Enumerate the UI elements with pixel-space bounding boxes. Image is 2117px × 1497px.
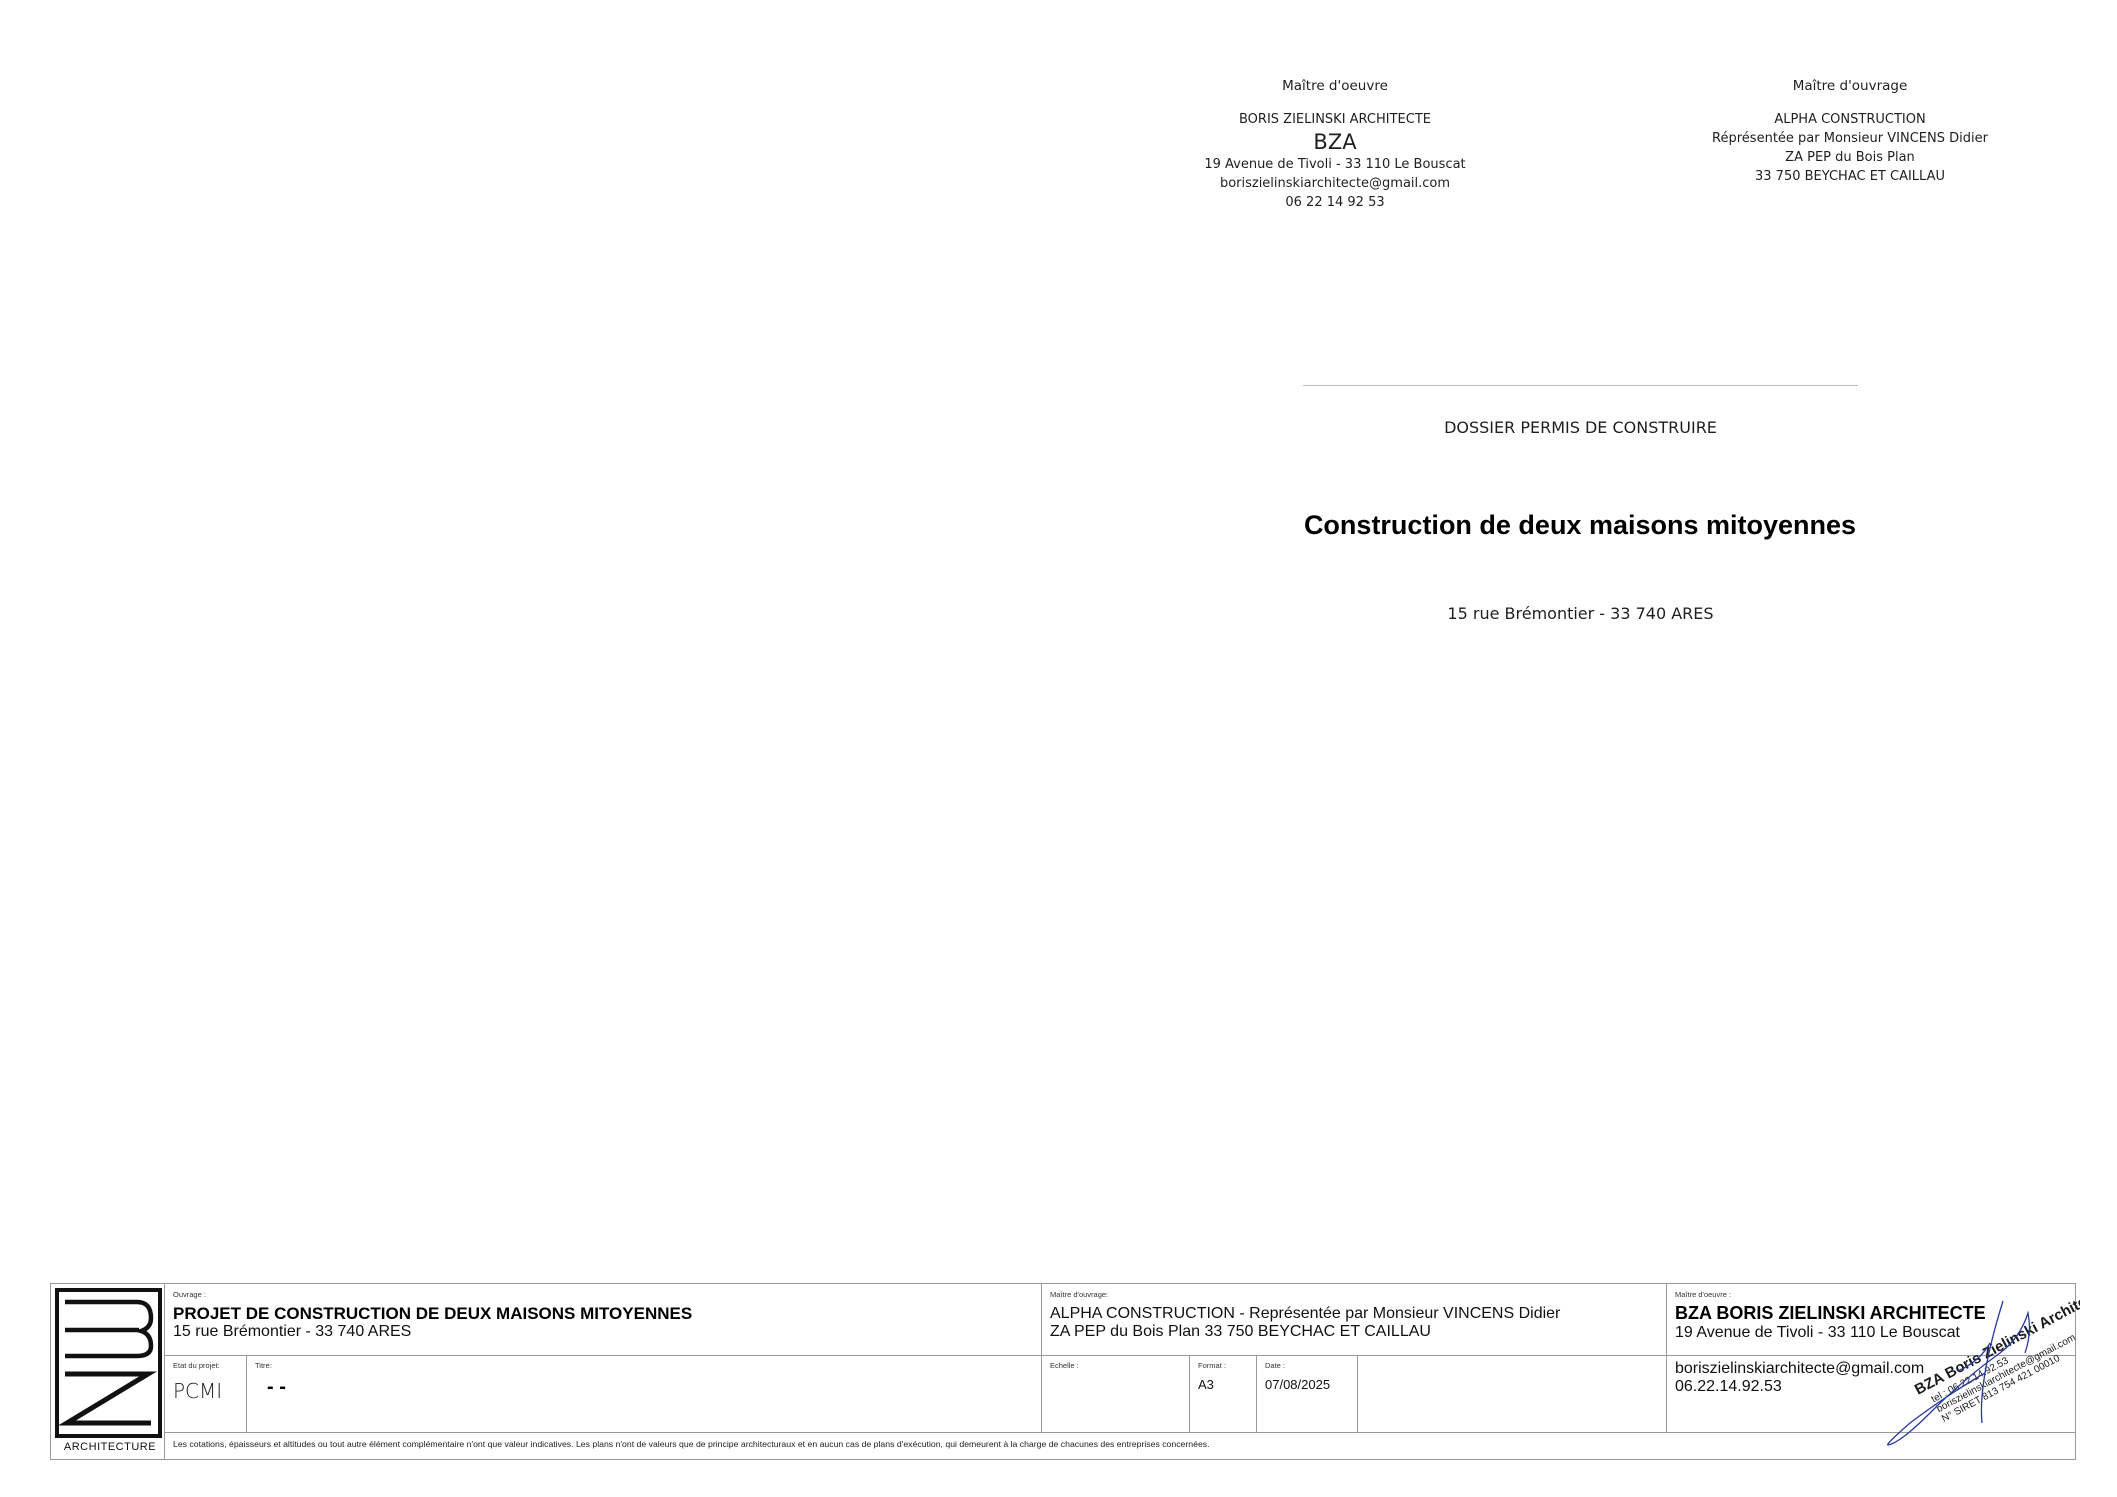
date-value: 07/08/2025 (1265, 1375, 1330, 1394)
maitre-ouvrage-block: Maître d'ouvrage ALPHA CONSTRUCTION Répr… (1680, 78, 2020, 186)
client-company: ALPHA CONSTRUCTION (1680, 110, 2020, 129)
maitre-oeuvre-cell-label: Maître d'oeuvre : (1675, 1290, 1731, 1299)
client-address-line2: 33 750 BEYCHAC ET CAILLAU (1680, 167, 2020, 186)
maitre-oeuvre-label: Maître d'oeuvre (1180, 78, 1490, 94)
architect-name: BORIS ZIELINSKI ARCHITECTE (1180, 110, 1490, 129)
title-block: ARCHITECTURE Ouvrage : PROJET DE CONSTRU… (50, 1283, 2076, 1460)
client-representative: Réprésentée par Monsieur VINCENS Didier (1680, 129, 2020, 148)
maitre-ouvrage-label: Maître d'ouvrage (1680, 78, 2020, 94)
maitre-ouvrage-line1: ALPHA CONSTRUCTION - Représentée par Mon… (1050, 1304, 1560, 1323)
maitre-oeuvre-block: Maître d'oeuvre BORIS ZIELINSKI ARCHITEC… (1180, 78, 1490, 212)
titre-value: - - (267, 1378, 286, 1397)
ouvrage-address: 15 rue Brémontier - 33 740 ARES (173, 1322, 411, 1341)
date-label: Date : (1265, 1361, 1285, 1370)
disclaimer: Les cotations, épaisseurs et altitudes o… (173, 1439, 1210, 1449)
ouvrage-label: Ouvrage : (173, 1290, 206, 1299)
header-divider (1303, 385, 1858, 386)
titre-label: Titre: (255, 1361, 272, 1370)
maitre-oeuvre-address: 19 Avenue de Tivoli - 33 110 Le Bouscat (1675, 1323, 1960, 1342)
ouvrage-title: PROJET DE CONSTRUCTION DE DEUX MAISONS M… (173, 1304, 692, 1323)
architect-email: boriszielinskiarchitecte@gmail.com (1180, 174, 1490, 193)
format-label: Format : (1198, 1361, 1226, 1370)
bz-logo-icon (55, 1288, 164, 1438)
dossier-type: DOSSIER PERMIS DE CONSTRUIRE (1303, 418, 1858, 437)
maitre-oeuvre-phone: 06.22.14.92.53 (1675, 1377, 1782, 1396)
project-title: Construction de deux maisons mitoyennes (1290, 510, 1870, 541)
logo-caption: ARCHITECTURE (53, 1441, 167, 1453)
echelle-label: Echelle : (1050, 1361, 1079, 1370)
maitre-oeuvre-name: BZA BORIS ZIELINSKI ARCHITECTE (1675, 1304, 1986, 1323)
maitre-oeuvre-email: boriszielinskiarchitecte@gmail.com (1675, 1359, 1924, 1378)
architect-phone: 06 22 14 92 53 (1180, 193, 1490, 212)
client-address-line1: ZA PEP du Bois Plan (1680, 148, 2020, 167)
architect-acronym: BZA (1180, 129, 1490, 155)
maitre-ouvrage-cell-label: Maître d'ouvrage: (1050, 1290, 1108, 1299)
architect-address: 19 Avenue de Tivoli - 33 110 Le Bouscat (1180, 155, 1490, 174)
etat-value: PCMI (173, 1382, 222, 1401)
format-value: A3 (1198, 1375, 1214, 1394)
etat-label: Etat du projet: (173, 1361, 220, 1370)
project-address: 15 rue Brémontier - 33 740 ARES (1303, 604, 1858, 623)
bz-architecture-logo (55, 1288, 164, 1457)
maitre-ouvrage-line2: ZA PEP du Bois Plan 33 750 BEYCHAC ET CA… (1050, 1322, 1431, 1341)
